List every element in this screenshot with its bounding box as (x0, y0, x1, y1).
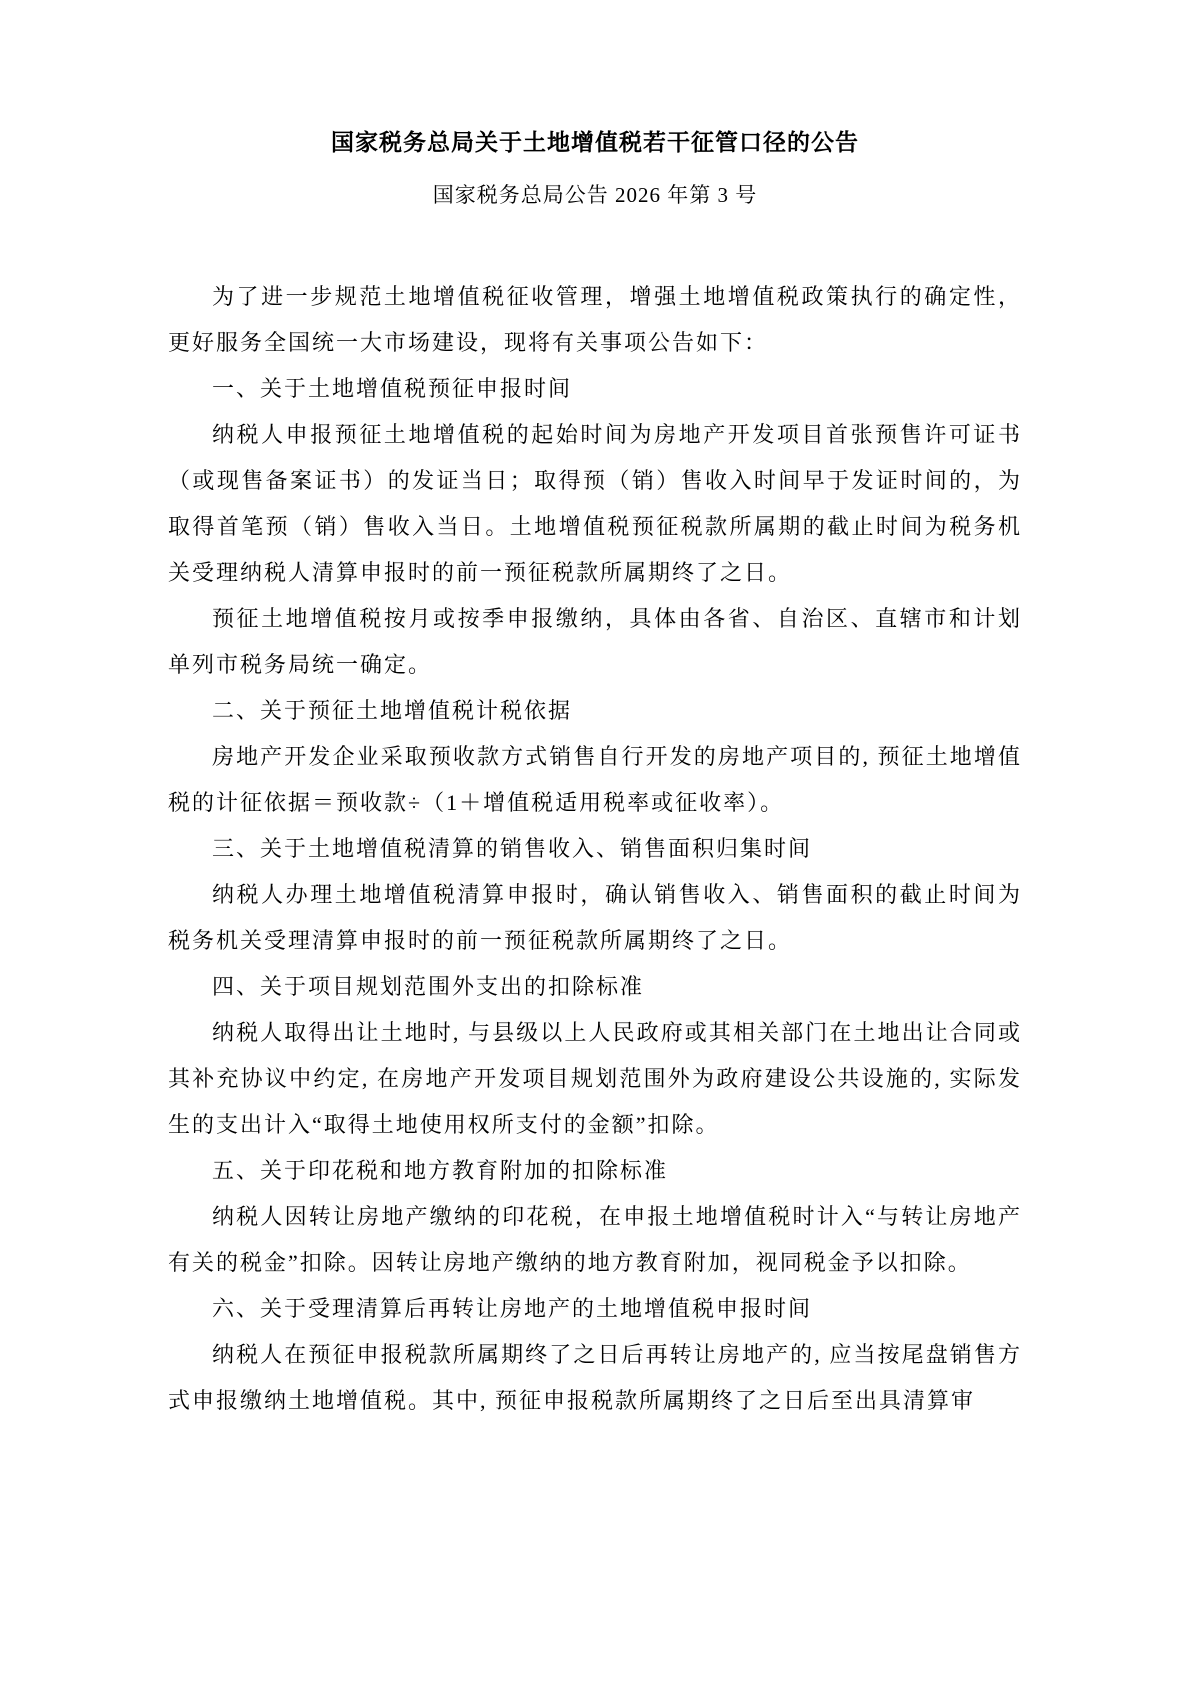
paragraph: 纳税人取得出让土地时, 与县级以上人民政府或其相关部门在土地出让合同或其补充协议… (168, 1010, 1022, 1148)
paragraph: 纳税人因转让房地产缴纳的印花税，在申报土地增值税时计入“与转让房地产有关的税金”… (168, 1194, 1022, 1286)
document-title: 国家税务总局关于土地增值税若干征管口径的公告 (168, 120, 1022, 166)
document-subtitle: 国家税务总局公告 2026 年第 3 号 (168, 172, 1022, 218)
paragraph: 纳税人在预征申报税款所属期终了之日后再转让房地产的, 应当按尾盘销售方式申报缴纳… (168, 1332, 1022, 1424)
section-heading: 四、关于项目规划范围外支出的扣除标准 (168, 964, 1022, 1010)
paragraph: 纳税人办理土地增值税清算申报时，确认销售收入、销售面积的截止时间为税务机关受理清… (168, 872, 1022, 964)
section-heading: 三、关于土地增值税清算的销售收入、销售面积归集时间 (168, 826, 1022, 872)
paragraph: 纳税人申报预征土地增值税的起始时间为房地产开发项目首张预售许可证书（或现售备案证… (168, 412, 1022, 596)
paragraph: 房地产开发企业采取预收款方式销售自行开发的房地产项目的, 预征土地增值税的计征依… (168, 734, 1022, 826)
section-heading: 六、关于受理清算后再转让房地产的土地增值税申报时间 (168, 1286, 1022, 1332)
paragraph: 为了进一步规范土地增值税征收管理，增强土地增值税政策执行的确定性，更好服务全国统… (168, 274, 1022, 366)
paragraph: 预征土地增值税按月或按季申报缴纳，具体由各省、自治区、直辖市和计划单列市税务局统… (168, 596, 1022, 688)
section-heading: 一、关于土地增值税预征申报时间 (168, 366, 1022, 412)
document-page: 国家税务总局关于土地增值税若干征管口径的公告 国家税务总局公告 2026 年第 … (0, 0, 1190, 1683)
section-heading: 二、关于预征土地增值税计税依据 (168, 688, 1022, 734)
document-body: 为了进一步规范土地增值税征收管理，增强土地增值税政策执行的确定性，更好服务全国统… (168, 274, 1022, 1424)
section-heading: 五、关于印花税和地方教育附加的扣除标准 (168, 1148, 1022, 1194)
